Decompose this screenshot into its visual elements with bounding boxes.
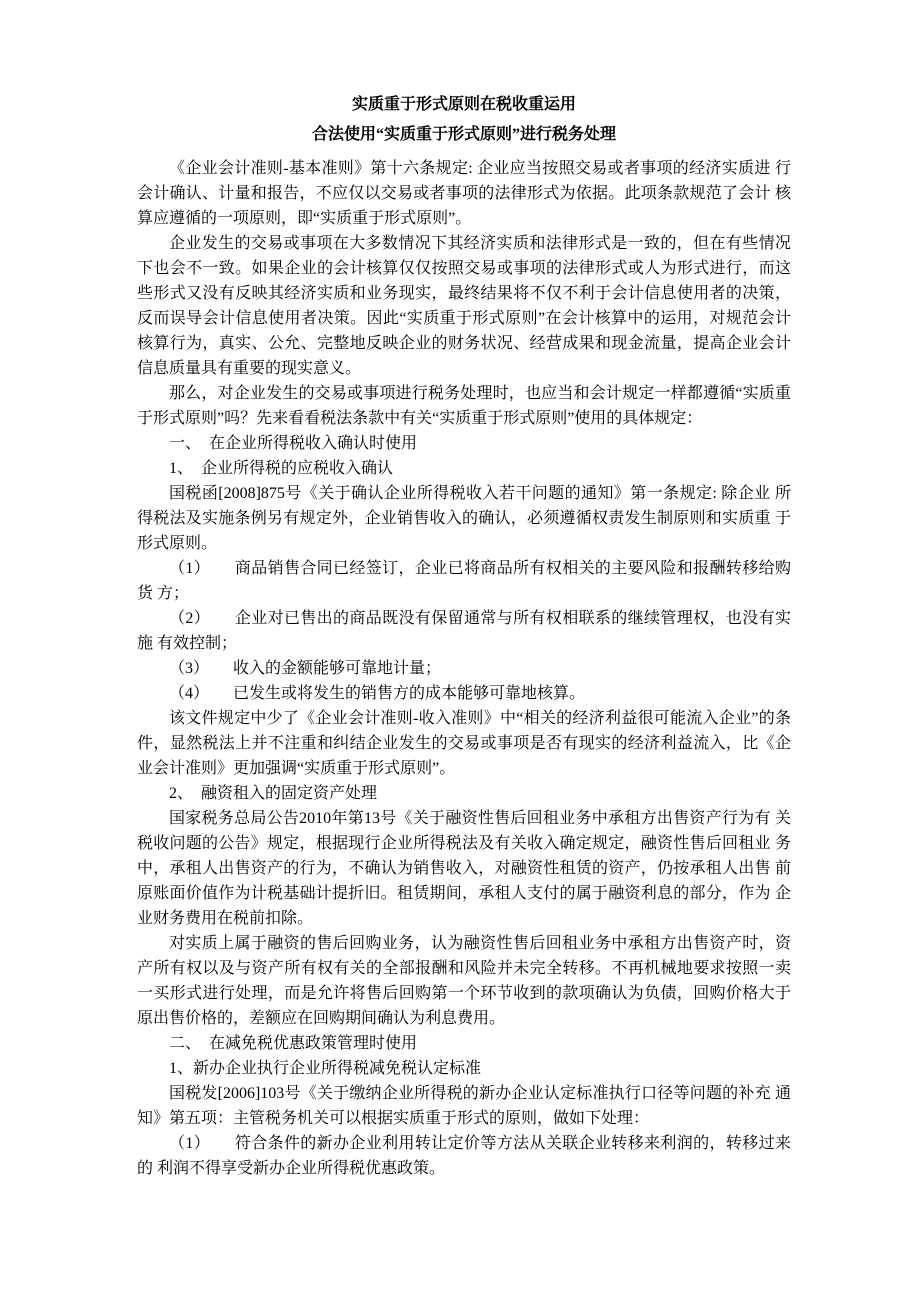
list-item-3: （3） 收入的金额能够可靠地计量； <box>137 656 791 681</box>
heading-section-2-1: 1、新办企业执行企业所得税减免税认定标准 <box>137 1056 791 1081</box>
list-item-4: （4） 已发生或将发生的销售方的成本能够可靠地核算。 <box>137 681 791 706</box>
document-subtitle: 合法使用“实质重于形式原则”进行税务处理 <box>137 120 791 150</box>
paragraph-substance-vs-legal-form: 企业发生的交易或事项在大多数情况下其经济实质和法律形式是一致的，但在有些情况下也… <box>137 231 791 381</box>
paragraph-document-comparison: 该文件规定中少了《企业会计准则-收入准则》中“相关的经济利益很可能流入企业”的条… <box>137 706 791 781</box>
heading-section-1-2: 2、 融资租入的固定资产处理 <box>137 781 791 806</box>
paragraph-accounting-standard-basic: 《企业会计准则-基本准则》第十六条规定: 企业应当按照交易或者事项的经济实质进 … <box>137 156 791 231</box>
paragraph-announcement-2010-13: 国家税务总局公告2010年第13号《关于融资性售后回租业务中承租方出售资产行为有… <box>137 806 791 931</box>
document-page: 实质重于形式原则在税收重运用 合法使用“实质重于形式原则”进行税务处理 《企业会… <box>0 0 920 1302</box>
paragraph-sale-leaseback: 对实质上属于融资的售后回购业务，认为融资性售后回租业务中承租方出售资产时，资产所… <box>137 931 791 1031</box>
document-title: 实质重于形式原则在税收重运用 <box>137 90 791 120</box>
heading-section-1-1: 1、 企业所得税的应税收入确认 <box>137 456 791 481</box>
paragraph-guoshuihan-2008-875: 国税函[2008]875号《关于确认企业所得税收入若干问题的通知》第一条规定: … <box>137 481 791 556</box>
list-item-new-enterprise-1: （1） 符合条件的新办企业利用转让定价等方法从关联企业转移来利润的，转移过来的 … <box>137 1131 791 1181</box>
heading-section-2: 二、 在减免税优惠政策管理时使用 <box>137 1031 791 1056</box>
paragraph-guoshuifa-2006-103: 国税发[2006]103号《关于缴纳企业所得税的新办企业认定标准执行口径等问题的… <box>137 1081 791 1131</box>
list-item-2: （2） 企业对已售出的商品既没有保留通常与所有权相联系的继续管理权，也没有实施 … <box>137 606 791 656</box>
heading-section-1: 一、 在企业所得税收入确认时使用 <box>137 431 791 456</box>
paragraph-tax-treatment-question: 那么，对企业发生的交易或事项进行税务处理时，也应当和会计规定一样都遵循“实质重于… <box>137 381 791 431</box>
list-item-1: （1） 商品销售合同已经签订，企业已将商品所有权相关的主要风险和报酬转移给购货 … <box>137 556 791 606</box>
document-content: 实质重于形式原则在税收重运用 合法使用“实质重于形式原则”进行税务处理 《企业会… <box>0 0 920 1181</box>
